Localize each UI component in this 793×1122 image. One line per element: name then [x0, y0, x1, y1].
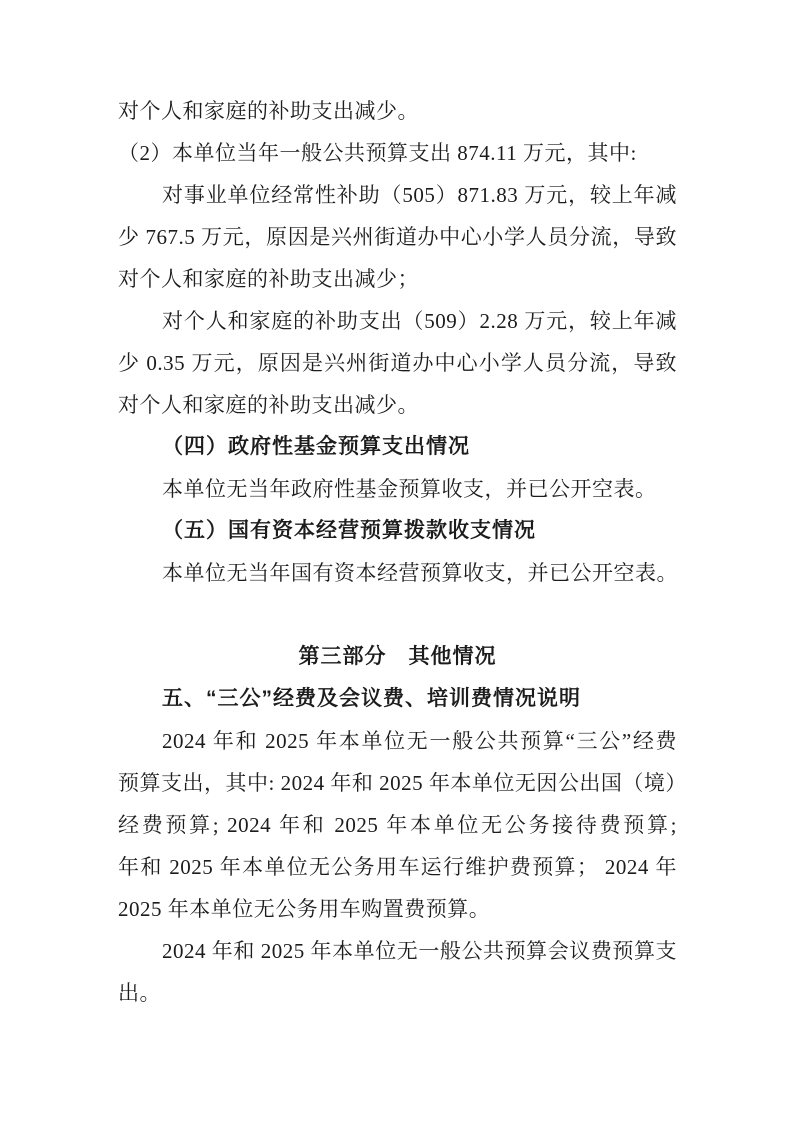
paragraph-line-no-vehicle-maintenance: 年和 2025 年本单位无公务用车运行维护费预算； 2024 年和	[118, 846, 677, 888]
heading-part-3-other-information: 第三部分 其他情况	[118, 636, 677, 678]
paragraph-line-no-meeting-fee-budget: 2024 年和 2025 年本单位无一般公共预算会议费预算支	[118, 930, 677, 972]
paragraph-line-general-budget-expenditure: （2）本单位当年一般公共预算支出 874.11 万元，其中:	[118, 132, 677, 174]
heading-section-4-government-fund: （四）政府性基金预算支出情况	[118, 426, 677, 468]
blank-line	[118, 594, 677, 636]
document-content: 对个人和家庭的补助支出减少。 （2）本单位当年一般公共预算支出 874.11 万…	[118, 90, 677, 1014]
heading-section-5-state-capital: （五）国有资本经营预算拨款收支情况	[118, 510, 677, 552]
heading-5-three-public-expenses: 五、“三公”经费及会议费、培训费情况说明	[118, 678, 677, 720]
paragraph-line-no-vehicle-purchase: 2025 年本单位无公务用车购置费预算。	[118, 888, 677, 930]
paragraph-line-family-subsidy-509: 对个人和家庭的补助支出（509）2.28 万元，较上年减	[118, 300, 677, 342]
paragraph-line-no-state-capital: 本单位无当年国有资本经营预算收支，并已公开空表。	[118, 552, 677, 594]
paragraph-line-institution-subsidy-505: 对事业单位经常性补助（505）871.83 万元，较上年减	[118, 174, 677, 216]
paragraph-line-family-subsidy-decrease-semicolon: 对个人和家庭的补助支出减少；	[118, 258, 677, 300]
paragraph-line-subsidy-decrease-end: 对个人和家庭的补助支出减少。	[118, 90, 677, 132]
paragraph-line-chu-period: 出。	[118, 972, 677, 1014]
document-page: 对个人和家庭的补助支出减少。 （2）本单位当年一般公共预算支出 874.11 万…	[0, 0, 793, 1122]
paragraph-line-no-overseas-trips: 预算支出，其中: 2024 年和 2025 年本单位无因公出国（境）	[118, 762, 677, 804]
paragraph-line-decrease-767: 少 767.5 万元，原因是兴州街道办中心小学人员分流，导致	[118, 216, 677, 258]
paragraph-line-decrease-035: 少 0.35 万元，原因是兴州街道办中心小学人员分流，导致	[118, 342, 677, 384]
paragraph-line-no-three-public-budget: 2024 年和 2025 年本单位无一般公共预算“三公”经费	[118, 720, 677, 762]
paragraph-line-no-official-reception: 经费预算; 2024 年和 2025 年本单位无公务接待费预算; 2024	[118, 804, 677, 846]
paragraph-line-no-government-fund: 本单位无当年政府性基金预算收支，并已公开空表。	[118, 468, 677, 510]
paragraph-line-family-subsidy-decrease-period: 对个人和家庭的补助支出减少。	[118, 384, 677, 426]
